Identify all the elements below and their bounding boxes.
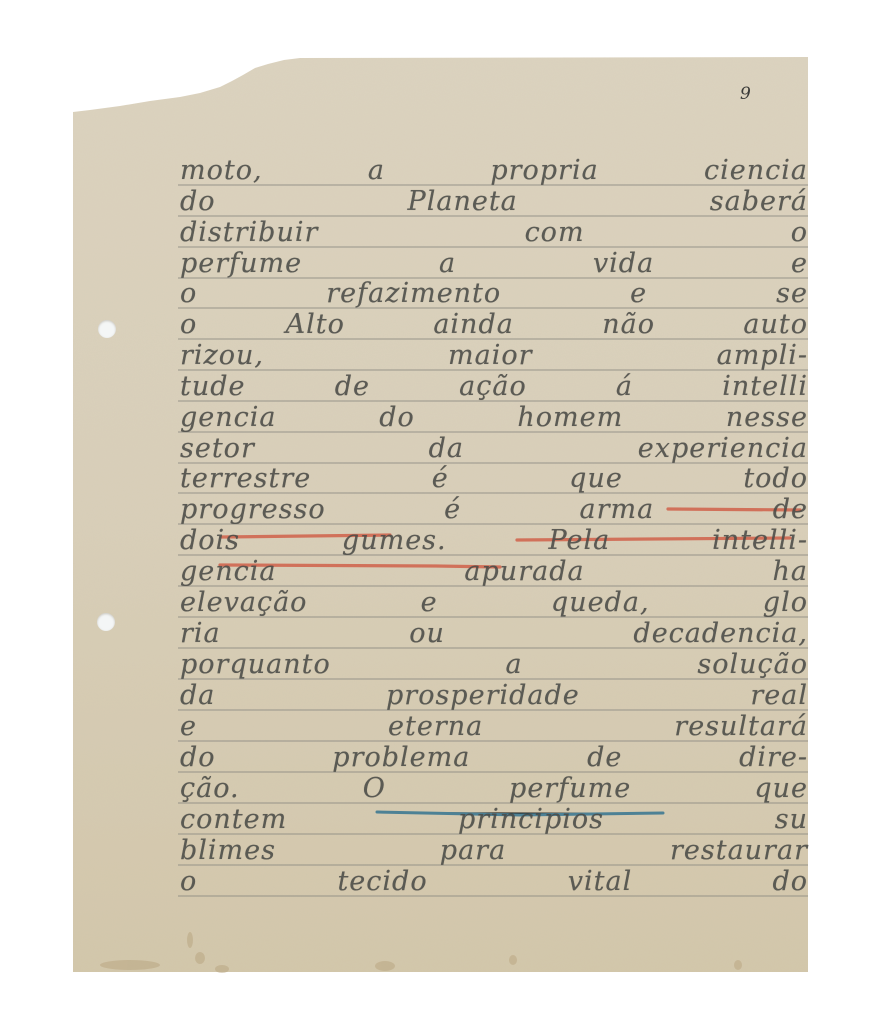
paper-sheet [0, 0, 878, 1024]
paper-body [73, 57, 808, 972]
red-underline-todo [668, 509, 800, 510]
punch-hole-bottom [97, 613, 115, 631]
page-number: 9 [740, 84, 751, 104]
red-underline-dois-gumes [220, 565, 500, 567]
red-underline-arma-de [517, 538, 790, 540]
manuscript-scan: 9 moto,apropriaciencia doPlanetasaberá d… [0, 0, 878, 1024]
punch-hole-top [98, 320, 116, 338]
red-underline-progresso [222, 535, 390, 537]
